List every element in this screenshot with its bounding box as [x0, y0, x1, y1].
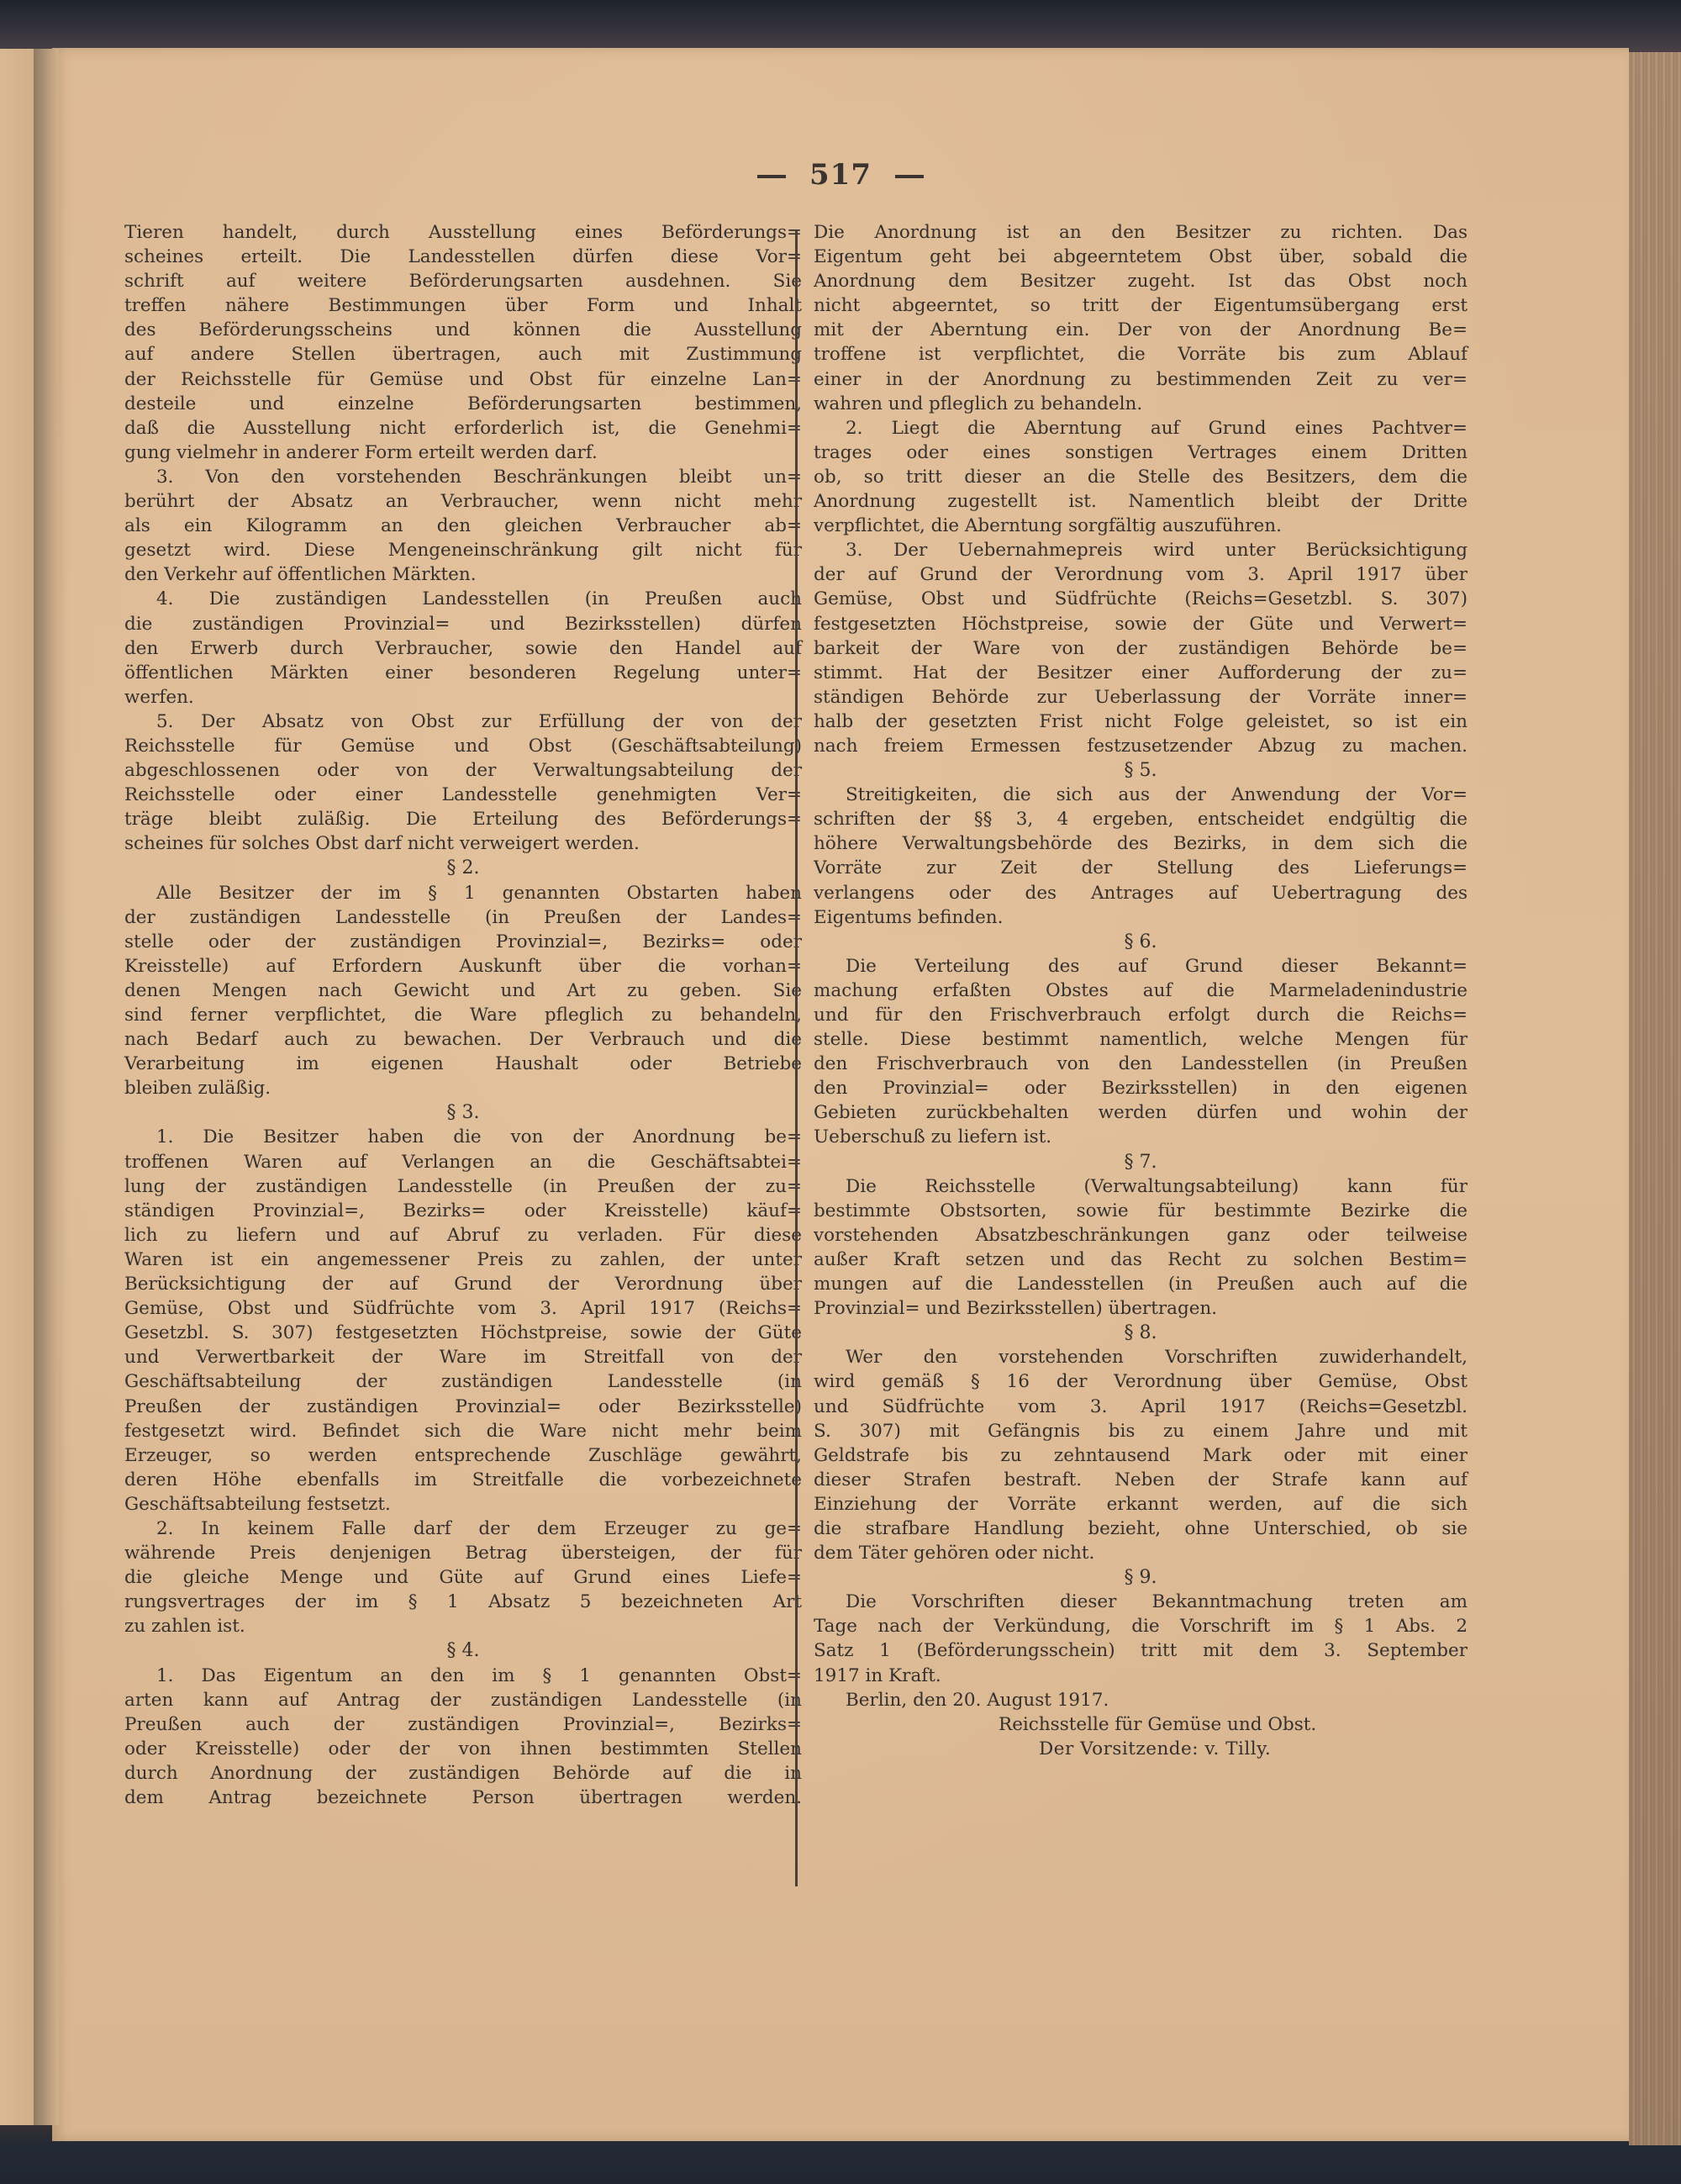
- text-line: troffenen Waren auf Verlangen an die Ges…: [124, 1150, 802, 1174]
- text-line: treffen nähere Bestimmungen über Form un…: [124, 293, 802, 318]
- text-line: desteile und einzelne Beförderungsarten …: [124, 392, 802, 416]
- text-line: Eigentums befinden.: [814, 905, 1468, 930]
- text-line: die strafbare Handlung bezieht, ohne Unt…: [814, 1517, 1468, 1541]
- text-line: Preußen der zuständigen Provinzial= oder…: [124, 1395, 802, 1419]
- text-line: lich zu liefern und auf Abruf zu verlade…: [124, 1223, 802, 1248]
- text-line: werfen.: [124, 685, 802, 710]
- scan-background-top: [0, 0, 1681, 52]
- text-line: Tieren handelt, durch Ausstellung eines …: [124, 220, 802, 245]
- section-heading: § 8.: [814, 1321, 1468, 1345]
- text-line: festgesetzten Höchstpreise, sowie der Gü…: [814, 612, 1468, 636]
- text-line: des Beförderungsscheins und können die A…: [124, 318, 802, 342]
- paragraph-first-line: 4. Die zuständigen Landesstellen (in Pre…: [124, 587, 802, 611]
- text-line: und Südfrüchte vom 3. April 1917 (Reichs…: [814, 1395, 1468, 1419]
- paragraph-first-line: Die Reichsstelle (Verwaltungsabteilung) …: [814, 1174, 1468, 1199]
- text-line: wahren und pfleglich zu behandeln.: [814, 392, 1468, 416]
- text-line: den Erwerb durch Verbraucher, sowie den …: [124, 636, 802, 661]
- text-line: bestimmte Obstsorten, sowie für bestimmt…: [814, 1199, 1468, 1223]
- paragraph-first-line: Streitigkeiten, die sich aus der Anwendu…: [814, 783, 1468, 807]
- text-line: gesetzt wird. Diese Mengeneinschränkung …: [124, 538, 802, 562]
- text-line: verpflichtet, die Aberntung sorgfältig a…: [814, 514, 1468, 538]
- text-line: Verarbeitung im eigenen Haushalt oder Be…: [124, 1052, 802, 1076]
- text-line: barkeit der Ware von der zuständigen Beh…: [814, 636, 1468, 661]
- text-line: denen Mengen nach Gewicht und Art zu geb…: [124, 979, 802, 1003]
- text-line: machung erfaßten Obstes auf die Marmelad…: [814, 979, 1468, 1003]
- text-line: und für den Frischverbrauch erfolgt durc…: [814, 1003, 1468, 1027]
- text-line: ständigen Provinzial=, Bezirks= oder Kre…: [124, 1199, 802, 1223]
- text-line: nach freiem Ermessen festzusetzender Abz…: [814, 734, 1468, 758]
- text-line: Ueberschuß zu liefern ist.: [814, 1125, 1468, 1149]
- text-line: die gleiche Menge und Güte auf Grund ein…: [124, 1565, 802, 1590]
- text-line: oder Kreisstelle) oder der von ihnen bes…: [124, 1737, 802, 1761]
- section-heading: § 3.: [124, 1100, 802, 1125]
- column-divider-rule: [795, 230, 798, 1886]
- text-line: Berücksichtigung der auf Grund der Veror…: [124, 1272, 802, 1296]
- signature-organization: Reichsstelle für Gemüse und Obst.: [814, 1712, 1468, 1737]
- text-line: berührt der Absatz an Verbraucher, wenn …: [124, 489, 802, 514]
- text-line: Erzeuger, so werden entsprechende Zuschl…: [124, 1443, 802, 1468]
- paragraph-first-line: 3. Der Uebernahmepreis wird unter Berück…: [814, 538, 1468, 562]
- section-heading: § 9.: [814, 1565, 1468, 1590]
- text-line: bleiben zuläßig.: [124, 1076, 802, 1100]
- text-line: dem Täter gehören oder nicht.: [814, 1541, 1468, 1565]
- text-line: außer Kraft setzen und das Recht zu solc…: [814, 1248, 1468, 1272]
- text-line: Preußen auch der zuständigen Provinzial=…: [124, 1712, 802, 1737]
- text-line: Gemüse, Obst und Südfrüchte (Reichs=Gese…: [814, 587, 1468, 611]
- text-line: öffentlichen Märkten einer besonderen Re…: [124, 661, 802, 685]
- text-line: arten kann auf Antrag der zuständigen La…: [124, 1688, 802, 1712]
- text-line: Vorräte zur Zeit der Stellung des Liefer…: [814, 856, 1468, 880]
- text-line: den Provinzial= oder Bezirksstellen) in …: [814, 1076, 1468, 1100]
- paragraph-first-line: 1. Die Besitzer haben die von der Anordn…: [124, 1125, 802, 1149]
- left-text-column: Tieren handelt, durch Ausstellung eines …: [124, 220, 802, 1810]
- text-line: den Verkehr auf öffentlichen Märkten.: [124, 562, 802, 587]
- page-number-header: 517: [0, 158, 1681, 192]
- text-line: der auf Grund der Verordnung vom 3. Apri…: [814, 562, 1468, 587]
- text-line: dem Antrag bezeichnete Person übertragen…: [124, 1786, 802, 1810]
- text-line: S. 307) mit Gefängnis bis zu einem Jahre…: [814, 1419, 1468, 1443]
- right-text-column: Die Anordnung ist an den Besitzer zu ric…: [814, 220, 1468, 1761]
- book-gutter-shadow: [34, 49, 59, 2125]
- text-line: troffene ist verpflichtet, die Vorräte b…: [814, 342, 1468, 367]
- text-line: durch Anordnung der zuständigen Behörde …: [124, 1761, 802, 1786]
- text-line: Geschäftsabteilung der zuständigen Lande…: [124, 1369, 802, 1394]
- section-heading: § 4.: [124, 1638, 802, 1663]
- text-line: mungen auf die Landesstellen (in Preußen…: [814, 1272, 1468, 1296]
- text-line: nicht abgeerntet, so tritt der Eigentums…: [814, 293, 1468, 318]
- text-line: ständigen Behörde zur Ueberlassung der V…: [814, 685, 1468, 710]
- text-line: Einziehung der Vorräte erkannt werden, a…: [814, 1492, 1468, 1517]
- signature-place-date: Berlin, den 20. August 1917.: [814, 1688, 1468, 1712]
- text-line: schrift auf weitere Beförderungsarten au…: [124, 269, 802, 293]
- text-line: Gebieten zurückbehalten werden dürfen un…: [814, 1100, 1468, 1125]
- paragraph-first-line: 2. Liegt die Aberntung auf Grund eines P…: [814, 416, 1468, 440]
- paragraph-first-line: Die Vorschriften dieser Bekanntmachung t…: [814, 1590, 1468, 1614]
- text-line: rungsvertrages der im § 1 Absatz 5 bezei…: [124, 1590, 802, 1614]
- text-line: stelle oder der zuständigen Provinzial=,…: [124, 930, 802, 954]
- section-heading: § 2.: [124, 856, 802, 880]
- text-line: lung der zuständigen Landesstelle (in Pr…: [124, 1174, 802, 1199]
- text-line: Geldstrafe bis zu zehntausend Mark oder …: [814, 1443, 1468, 1468]
- text-line: einer in der Anordnung zu bestimmenden Z…: [814, 367, 1468, 392]
- text-line: träge bleibt zuläßig. Die Erteilung des …: [124, 807, 802, 831]
- text-line: und Verwertbarkeit der Ware im Streitfal…: [124, 1345, 802, 1369]
- text-line: Kreisstelle) auf Erfordern Auskunft über…: [124, 954, 802, 979]
- text-line: mit der Aberntung ein. Der von der Anord…: [814, 318, 1468, 342]
- text-line: Satz 1 (Beförderungsschein) tritt mit de…: [814, 1638, 1468, 1663]
- text-line: schriften der §§ 3, 4 ergeben, entscheid…: [814, 807, 1468, 831]
- paragraph-first-line: Die Verteilung des auf Grund dieser Beka…: [814, 954, 1468, 979]
- text-line: Die Anordnung ist an den Besitzer zu ric…: [814, 220, 1468, 245]
- text-line: Anordnung zugestellt ist. Namentlich ble…: [814, 489, 1468, 514]
- text-line: der Reichsstelle für Gemüse und Obst für…: [124, 367, 802, 392]
- text-line: Provinzial= und Bezirksstellen) übertrag…: [814, 1296, 1468, 1321]
- signature-signatory: Der Vorsitzende: v. Tilly.: [814, 1737, 1468, 1761]
- text-line: ob, so tritt dieser an die Stelle des Be…: [814, 465, 1468, 489]
- paragraph-first-line: 3. Von den vorstehenden Beschränkungen b…: [124, 465, 802, 489]
- text-line: der zuständigen Landesstelle (in Preußen…: [124, 905, 802, 930]
- text-line: Gemüse, Obst und Südfrüchte vom 3. April…: [124, 1296, 802, 1321]
- text-line: sind ferner verpflichtet, die Ware pfleg…: [124, 1003, 802, 1027]
- text-line: höhere Verwaltungsbehörde des Bezirks, i…: [814, 831, 1468, 856]
- text-line: Gesetzbl. S. 307) festgesetzten Höchstpr…: [124, 1321, 802, 1345]
- page-number: 517: [809, 158, 872, 192]
- text-line: deren Höhe ebenfalls im Streitfalle die …: [124, 1468, 802, 1492]
- text-line: Eigentum geht bei abgeerntetem Obst über…: [814, 245, 1468, 269]
- text-line: währende Preis denjenigen Betrag überste…: [124, 1541, 802, 1565]
- text-line: als ein Kilogramm an den gleichen Verbra…: [124, 514, 802, 538]
- text-line: Tage nach der Verkündung, die Vorschrift…: [814, 1614, 1468, 1638]
- text-line: wird gemäß § 16 der Verordnung über Gemü…: [814, 1369, 1468, 1394]
- text-line: stelle. Diese bestimmt namentlich, welch…: [814, 1027, 1468, 1052]
- text-line: verlangens oder des Antrages auf Uebertr…: [814, 881, 1468, 905]
- text-line: Reichsstelle für Gemüse und Obst (Geschä…: [124, 734, 802, 758]
- text-line: scheines für solches Obst darf nicht ver…: [124, 831, 802, 856]
- text-line: festgesetzt wird. Befindet sich die Ware…: [124, 1419, 802, 1443]
- text-line: Geschäftsabteilung festsetzt.: [124, 1492, 802, 1517]
- text-line: zu zahlen ist.: [124, 1614, 802, 1638]
- section-heading: § 7.: [814, 1150, 1468, 1174]
- page-number-dash-right: [895, 175, 924, 178]
- paragraph-first-line: Alle Besitzer der im § 1 genannten Obsta…: [124, 881, 802, 905]
- paragraph-first-line: 2. In keinem Falle darf der dem Erzeuger…: [124, 1517, 802, 1541]
- text-line: halb der gesetzten Frist nicht Folge gel…: [814, 710, 1468, 734]
- text-line: trages oder eines sonstigen Vertrages ei…: [814, 440, 1468, 465]
- text-line: nach Bedarf auch zu bewachen. Der Verbra…: [124, 1027, 802, 1052]
- text-line: die zuständigen Provinzial= und Bezirkss…: [124, 612, 802, 636]
- text-line: gung vielmehr in anderer Form erteilt we…: [124, 440, 802, 465]
- section-heading: § 5.: [814, 758, 1468, 783]
- text-line: den Frischverbrauch von den Landesstelle…: [814, 1052, 1468, 1076]
- text-line: auf andere Stellen übertragen, auch mit …: [124, 342, 802, 367]
- paragraph-first-line: Wer den vorstehenden Vorschriften zuwide…: [814, 1345, 1468, 1369]
- text-line: Waren ist ein angemessener Preis zu zahl…: [124, 1248, 802, 1272]
- text-line: daß die Ausstellung nicht erforderlich i…: [124, 416, 802, 440]
- page-number-dash-left: [757, 175, 786, 178]
- paragraph-first-line: 1. Das Eigentum an den im § 1 genannten …: [124, 1664, 802, 1688]
- text-line: dieser Strafen bestraft. Neben der Straf…: [814, 1468, 1468, 1492]
- text-line: scheines erteilt. Die Landesstellen dürf…: [124, 245, 802, 269]
- text-line: stimmt. Hat der Besitzer einer Aufforder…: [814, 661, 1468, 685]
- text-line: Anordnung dem Besitzer zugeht. Ist das O…: [814, 269, 1468, 293]
- text-line: vorstehenden Absatzbeschränkungen ganz o…: [814, 1223, 1468, 1248]
- text-line: 1917 in Kraft.: [814, 1664, 1468, 1688]
- paragraph-first-line: 5. Der Absatz von Obst zur Erfüllung der…: [124, 710, 802, 734]
- book-page-edges: [1629, 52, 1681, 2145]
- text-line: Reichsstelle oder einer Landesstelle gen…: [124, 783, 802, 807]
- section-heading: § 6.: [814, 930, 1468, 954]
- text-line: abgeschlossenen oder von der Verwaltungs…: [124, 758, 802, 783]
